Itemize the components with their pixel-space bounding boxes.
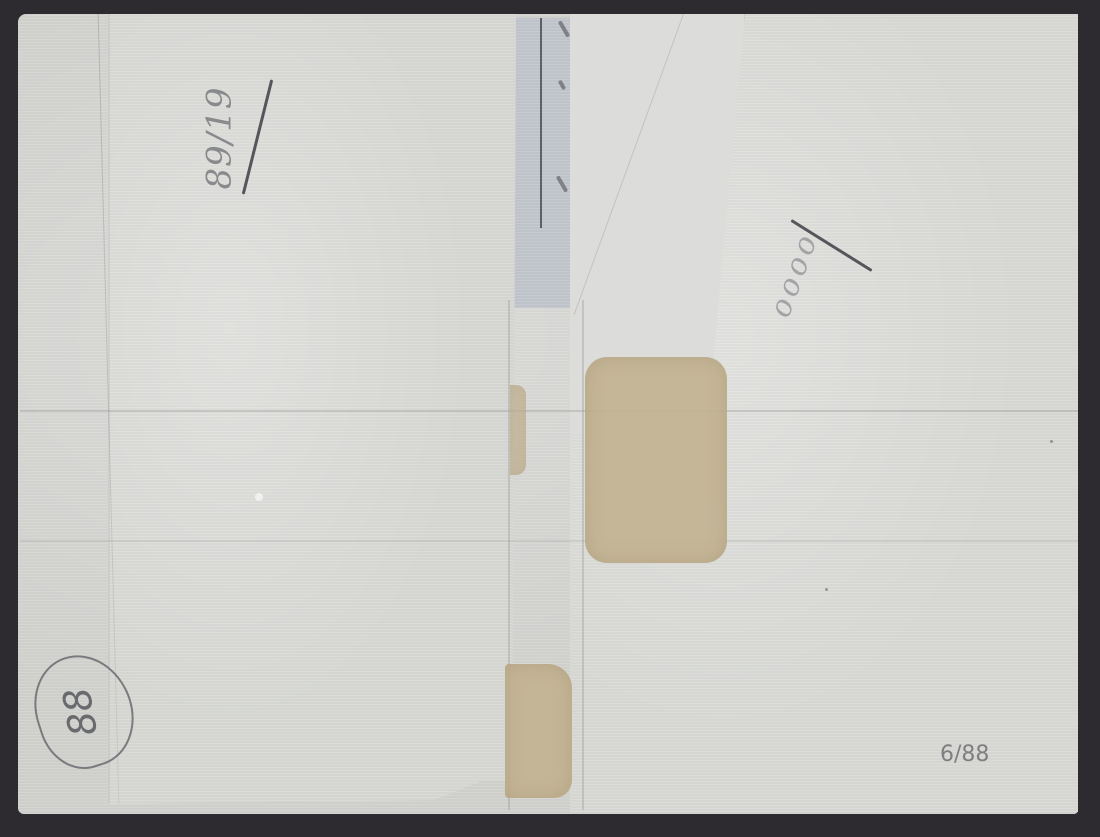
seal-stain xyxy=(585,357,727,563)
ink-line xyxy=(540,18,542,228)
seal-stain xyxy=(510,385,526,475)
speck xyxy=(1050,440,1053,443)
speck xyxy=(825,588,828,591)
circled-number: 88 xyxy=(54,684,106,739)
letter-photo: 89/19 oooo 88 6/88 xyxy=(0,0,1100,837)
speck xyxy=(255,493,263,501)
pencil-note-bottom-right: 6/88 xyxy=(940,742,989,767)
fold-line xyxy=(20,540,1078,542)
seal-stain xyxy=(505,664,572,798)
left-flap xyxy=(108,14,516,804)
fold-line xyxy=(20,410,1078,412)
fold-line xyxy=(582,300,584,810)
pencil-note-top: 89/19 xyxy=(199,87,239,190)
